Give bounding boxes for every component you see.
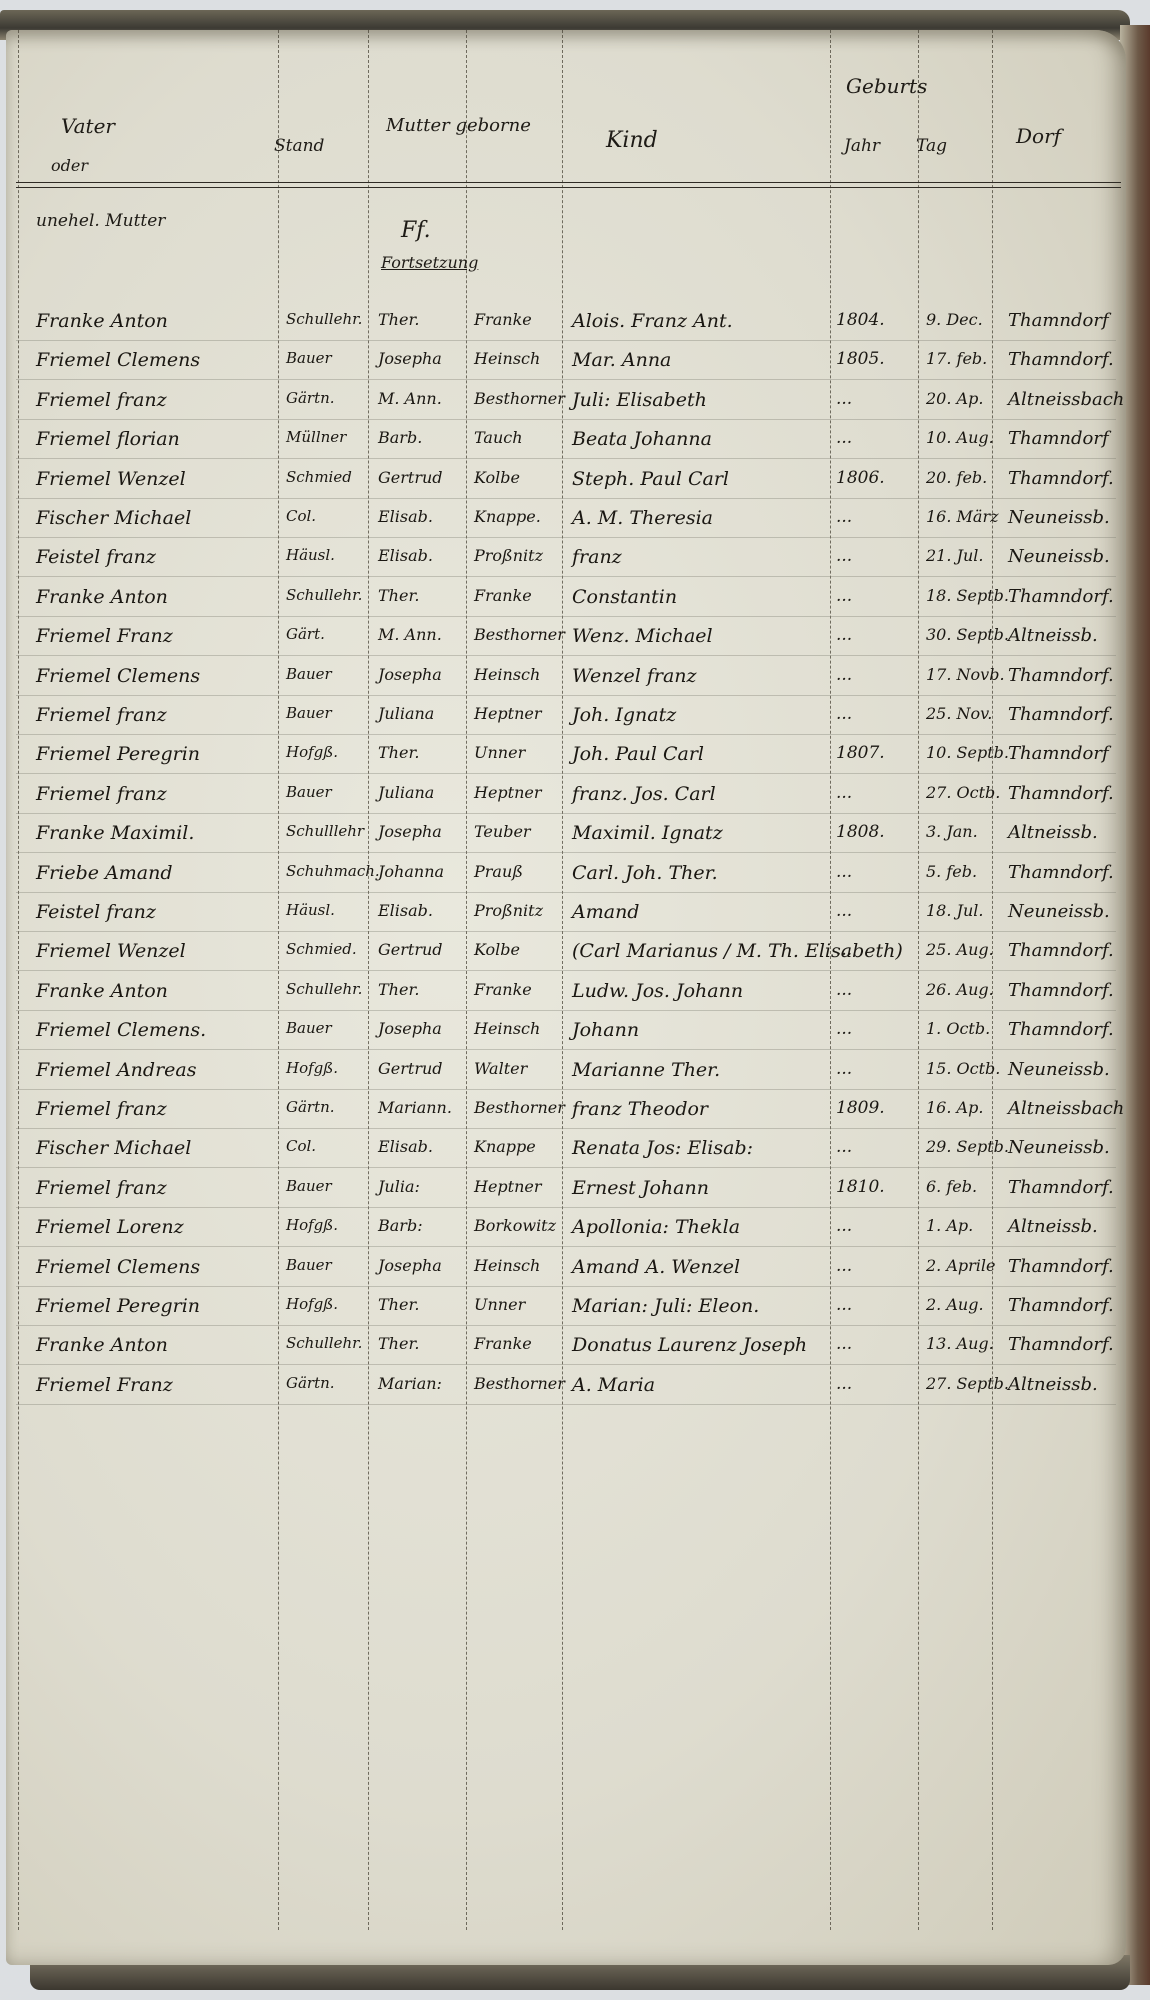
cell-father: Friemel florian [36,428,281,450]
cell-mother-first: Julia: [378,1177,470,1196]
cell-child: franz Theodor [572,1098,834,1120]
table-row: Friemel PeregrinHofgß.Ther.UnnerMarian: … [6,1295,1126,1335]
cell-village: Thamndorf. [1008,940,1123,961]
cell-status: Schullehr. [286,980,374,998]
cell-village: Neuneissb. [1008,546,1123,567]
cell-child: A. M. Theresia [572,507,834,529]
cell-day: 18. Septb. [926,586,1006,605]
cell-mother-first: Elisab. [378,546,470,565]
header-status: Stand [274,135,324,157]
cell-child: Ludw. Jos. Johann [572,980,834,1002]
cell-village: Altneissb. [1008,625,1123,646]
table-row: Friemel FranzGärtn.Marian:BesthornerA. M… [6,1374,1126,1414]
cell-status: Schullehr. [286,1334,374,1352]
cell-father: Friemel Franz [36,1374,281,1396]
cell-day: 21. Jul. [926,546,1006,565]
cell-father: Franke Maximil. [36,822,281,844]
cell-status: Gärtn. [286,1374,374,1392]
cell-mother-first: Juliana [378,704,470,723]
cell-father: Friebe Amand [36,862,281,884]
cell-mother-first: Barb. [378,428,470,447]
cell-mother-first: Marian: [378,1374,470,1393]
cell-mother-first: Josepha [378,1019,470,1038]
cell-year: 1810. [836,1177,906,1197]
cell-child: Donatus Laurenz Joseph [572,1334,834,1356]
cell-village: Altneissbach [1008,1098,1123,1119]
cell-mother-first: Juliana [378,783,470,802]
cell-mother-last: Kolbe [474,940,566,959]
header-father-sub: oder [51,155,88,177]
cell-village: Thamndorf [1008,310,1123,331]
cell-mother-last: Heptner [474,783,566,802]
cell-day: 5. feb. [926,862,1006,881]
cell-father: Franke Anton [36,980,281,1002]
cell-father: Friemel Wenzel [36,468,281,490]
cell-village: Thamndorf. [1008,704,1123,725]
cell-child: A. Maria [572,1374,834,1396]
cell-year: ... [836,862,906,882]
cell-mother-first: Ther. [378,743,470,762]
cell-mother-last: Franke [474,310,566,329]
cell-status: Schullehr. [286,586,374,604]
cell-day: 2. Aprile [926,1256,1006,1275]
cell-year: ... [836,389,906,409]
cell-status: Hofgß. [286,743,374,761]
cell-father: Friemel Andreas [36,1059,281,1081]
cell-day: 2. Aug. [926,1295,1006,1314]
cell-mother-last: Proßnitz [474,901,566,920]
cell-mother-first: Gertrud [378,1059,470,1078]
table-row: Friemel PeregrinHofgß.Ther.UnnerJoh. Pau… [6,743,1126,783]
table-row: Friemel FranzGärt.M. Ann.BesthornerWenz.… [6,625,1126,665]
cell-status: Col. [286,507,374,525]
table-row: Friemel franzBauerJulianaHeptnerJoh. Ign… [6,704,1126,744]
cell-father: Friemel franz [36,704,281,726]
cell-mother-last: Prauß [474,862,566,881]
table-row: Feistel franzHäusl.Elisab.ProßnitzAmand.… [6,901,1126,941]
cell-status: Schmied [286,468,374,486]
cell-day: 25. Nov. [926,704,1006,723]
cell-mother-first: Josepha [378,665,470,684]
table-row: Friemel franzBauerJulia:HeptnerErnest Jo… [6,1177,1126,1217]
cell-child: Beata Johanna [572,428,834,450]
cell-village: Neuneissb. [1008,1137,1123,1158]
cell-father: Friemel franz [36,783,281,805]
cell-child: Ernest Johann [572,1177,834,1199]
header-day: Tag [916,135,947,157]
cell-status: Bauer [286,1256,374,1274]
cell-child: Maximil. Ignatz [572,822,834,844]
cell-year: ... [836,940,906,960]
cell-year: ... [836,546,906,566]
cell-mother-first: Barb: [378,1216,470,1235]
table-row: Franke AntonSchullehr.Ther.FrankeLudw. J… [6,980,1126,1020]
header-village: Dorf [1016,125,1061,147]
cell-village: Thamndorf. [1008,468,1123,489]
cell-status: Gärt. [286,625,374,643]
cell-village: Thamndorf. [1008,349,1123,370]
cell-day: 16. Ap. [926,1098,1006,1117]
cell-child: Alois. Franz Ant. [572,310,834,332]
cell-child: Johann [572,1019,834,1041]
cell-year: ... [836,507,906,527]
cell-mother-first: Johanna [378,862,470,881]
cell-day: 13. Aug. [926,1334,1006,1353]
cell-child: Joh. Paul Carl [572,743,834,765]
cell-mother-first: Elisab. [378,901,470,920]
header-year: Jahr [844,135,880,157]
cell-father: Feistel franz [36,546,281,568]
cell-child: Wenz. Michael [572,625,834,647]
cell-mother-last: Tauch [474,428,566,447]
table-row: Friebe AmandSchuhmach.JohannaPraußCarl. … [6,862,1126,902]
cell-year: ... [836,1334,906,1354]
header-mother: Mutter geborne [386,115,556,137]
cell-status: Bauer [286,1177,374,1195]
cell-mother-last: Heptner [474,704,566,723]
cell-day: 27. Octb. [926,783,1006,802]
cell-father: Fischer Michael [36,507,281,529]
cell-father: Friemel Peregrin [36,1295,281,1317]
cell-day: 6. feb. [926,1177,1006,1196]
cell-year: ... [836,980,906,1000]
cell-mother-last: Knappe [474,1137,566,1156]
table-row: Friemel WenzelSchmiedGertrudKolbeSteph. … [6,468,1126,508]
cell-father: Fischer Michael [36,1137,281,1159]
cell-mother-first: Josepha [378,822,470,841]
cell-child: Renata Jos: Elisab: [572,1137,834,1159]
header-father: Vater [61,115,115,137]
cell-status: Bauer [286,1019,374,1037]
table-row: Friemel franzGärtn.Mariann.Besthornerfra… [6,1098,1126,1138]
table-row: Friemel WenzelSchmied.GertrudKolbe(Carl … [6,940,1126,980]
cell-village: Altneissb. [1008,1216,1123,1237]
cell-village: Neuneissb. [1008,507,1123,528]
cell-child: franz. Jos. Carl [572,783,834,805]
header-birth: Geburts [846,75,927,97]
header-rule [16,182,1121,188]
cell-father: Friemel Wenzel [36,940,281,962]
cell-day: 15. Octb. [926,1059,1006,1078]
header-mother-sub2: Fortsetzung [381,252,478,274]
cell-mother-first: M. Ann. [378,625,470,644]
cell-child: Juli: Elisabeth [572,389,834,411]
cell-year: ... [836,1019,906,1039]
cell-mother-first: Gertrud [378,940,470,959]
cell-father: Franke Anton [36,586,281,608]
table-row: Friemel AndreasHofgß.GertrudWalterMarian… [6,1059,1126,1099]
cell-status: Hofgß. [286,1216,374,1234]
cell-day: 25. Aug. [926,940,1006,959]
cell-mother-last: Teuber [474,822,566,841]
cell-mother-first: Elisab. [378,507,470,526]
cell-mother-first: Ther. [378,1334,470,1353]
table-row: Friemel franzGärtn.M. Ann.BesthornerJuli… [6,389,1126,429]
cell-mother-last: Heinsch [474,665,566,684]
cell-village: Thamndorf. [1008,586,1123,607]
table-row: Friemel franzBauerJulianaHeptnerfranz. J… [6,783,1126,823]
cell-child: Joh. Ignatz [572,704,834,726]
cell-father: Friemel Lorenz [36,1216,281,1238]
cell-mother-last: Unner [474,743,566,762]
cell-mother-last: Heinsch [474,1019,566,1038]
cell-status: Schmied. [286,940,374,958]
cell-mother-last: Besthorner [474,625,566,644]
table-row: Friemel LorenzHofgß.Barb:BorkowitzApollo… [6,1216,1126,1256]
cell-year: ... [836,704,906,724]
cell-status: Bauer [286,704,374,722]
cell-father: Friemel franz [36,1177,281,1199]
cell-day: 17. Novb. [926,665,1006,684]
cell-status: Häusl. [286,901,374,919]
cell-village: Thamndorf. [1008,1019,1123,1040]
cell-child: Amand [572,901,834,923]
cell-status: Schullehr. [286,310,374,328]
cell-mother-last: Walter [474,1059,566,1078]
cell-child: Apollonia: Thekla [572,1216,834,1238]
cell-mother-first: Mariann. [378,1098,470,1117]
cell-mother-last: Borkowitz [474,1216,566,1235]
cell-year: ... [836,1216,906,1236]
cell-child: (Carl Marianus / M. Th. Elisabeth) [572,940,834,962]
cell-status: Müllner [286,428,374,446]
cell-day: 9. Dec. [926,310,1006,329]
cell-mother-first: Gertrud [378,468,470,487]
cell-day: 10. Aug. [926,428,1006,447]
cell-child: Mar. Anna [572,349,834,371]
cell-village: Thamndorf. [1008,862,1123,883]
header-father-sub2: unehel. Mutter [36,210,165,232]
cell-year: 1808. [836,822,906,842]
cell-village: Altneissbach [1008,389,1123,410]
cell-day: 29. Septb. [926,1137,1006,1156]
table-row: Friemel florianMüllnerBarb.TauchBeata Jo… [6,428,1126,468]
cell-status: Gärtn. [286,389,374,407]
cell-day: 1. Octb. [926,1019,1006,1038]
cell-year: 1804. [836,310,906,330]
cell-status: Bauer [286,349,374,367]
cell-mother-first: M. Ann. [378,389,470,408]
cell-mother-last: Besthorner [474,389,566,408]
cell-father: Friemel Clemens. [36,1019,281,1041]
cell-village: Altneissb. [1008,822,1123,843]
cell-village: Thamndorf. [1008,665,1123,686]
cell-father: Franke Anton [36,310,281,332]
cell-day: 30. Septb. [926,625,1006,644]
cell-village: Altneissb. [1008,1374,1123,1395]
cell-status: Col. [286,1137,374,1155]
cell-year: ... [836,428,906,448]
table-row: Friemel ClemensBauerJosephaHeinschWenzel… [6,665,1126,705]
table-row: Feistel franzHäusl.Elisab.Proßnitzfranz.… [6,546,1126,586]
table-row: Fischer MichaelCol.Elisab.KnappeRenata J… [6,1137,1126,1177]
cell-village: Thamndorf [1008,428,1123,449]
cell-father: Friemel Clemens [36,1256,281,1278]
header-child: Kind [606,130,658,152]
cell-mother-last: Heinsch [474,1256,566,1275]
cell-village: Thamndorf. [1008,1177,1123,1198]
cell-mother-last: Kolbe [474,468,566,487]
register-page: Vater oder unehel. Mutter Stand Mutter g… [6,30,1126,1965]
cell-day: 1. Ap. [926,1216,1006,1235]
cell-year: ... [836,665,906,685]
cell-mother-first: Ther. [378,980,470,999]
cell-day: 10. Septb. [926,743,1006,762]
cell-mother-last: Besthorner [474,1374,566,1393]
cell-child: Carl. Joh. Ther. [572,862,834,884]
cell-child: franz [572,546,834,568]
cell-day: 18. Jul. [926,901,1006,920]
cell-day: 20. feb. [926,468,1006,487]
cell-mother-first: Ther. [378,310,470,329]
cell-child: Amand A. Wenzel [572,1256,834,1278]
cell-mother-first: Ther. [378,586,470,605]
cell-mother-first: Josepha [378,349,470,368]
cell-year: 1806. [836,468,906,488]
cell-father: Friemel franz [36,389,281,411]
table-row: Franke AntonSchullehr.Ther.FrankeAlois. … [6,310,1126,350]
cell-village: Thamndorf. [1008,1295,1123,1316]
cell-year: ... [836,783,906,803]
cell-year: ... [836,1137,906,1157]
cell-status: Schuhmach. [286,862,374,880]
cell-status: Hofgß. [286,1295,374,1313]
cell-village: Thamndorf. [1008,783,1123,804]
cell-day: 3. Jan. [926,822,1006,841]
cell-child: Steph. Paul Carl [572,468,834,490]
cell-village: Neuneissb. [1008,901,1123,922]
cell-village: Thamndorf [1008,743,1123,764]
cell-status: Gärtn. [286,1098,374,1116]
cell-day: 16. März [926,507,1006,526]
cell-father: Friemel Peregrin [36,743,281,765]
cell-mother-last: Heinsch [474,349,566,368]
cell-year: ... [836,1374,906,1394]
cell-mother-last: Proßnitz [474,546,566,565]
cell-father: Friemel Franz [36,625,281,647]
cell-father: Friemel Clemens [36,349,281,371]
cell-village: Thamndorf. [1008,980,1123,1001]
cell-year: 1809. [836,1098,906,1118]
cell-year: 1805. [836,349,906,369]
cell-mother-last: Franke [474,586,566,605]
table-row: Franke AntonSchullehr.Ther.FrankeDonatus… [6,1334,1126,1374]
cell-year: ... [836,1059,906,1079]
table-row: Friemel ClemensBauerJosephaHeinschMar. A… [6,349,1126,389]
cell-mother-last: Unner [474,1295,566,1314]
cell-mother-first: Ther. [378,1295,470,1314]
cell-year: ... [836,1256,906,1276]
cell-status: Schulllehr [286,822,374,840]
cell-year: ... [836,625,906,645]
cell-day: 26. Aug. [926,980,1006,999]
cell-mother-last: Besthorner [474,1098,566,1117]
cell-village: Thamndorf. [1008,1334,1123,1355]
cell-village: Thamndorf. [1008,1256,1123,1277]
cell-child: Marian: Juli: Eleon. [572,1295,834,1317]
cell-status: Häusl. [286,546,374,564]
cell-father: Franke Anton [36,1334,281,1356]
cell-father: Friemel franz [36,1098,281,1120]
cell-day: 17. feb. [926,349,1006,368]
cell-child: Wenzel franz [572,665,834,687]
cell-status: Bauer [286,783,374,801]
cell-status: Hofgß. [286,1059,374,1077]
cell-child: Marianne Ther. [572,1059,834,1081]
table-row: Franke AntonSchullehr.Ther.FrankeConstan… [6,586,1126,626]
cell-year: ... [836,1295,906,1315]
table-row: Friemel Clemens.BauerJosephaHeinschJohan… [6,1019,1126,1059]
table-row: Fischer MichaelCol.Elisab.Knappe.A. M. T… [6,507,1126,547]
cell-year: 1807. [836,743,906,763]
cell-mother-last: Franke [474,1334,566,1353]
header-mother-sub: Ff. [401,220,431,242]
cell-day: 20. Ap. [926,389,1006,408]
cell-year: ... [836,901,906,921]
cell-mother-last: Heptner [474,1177,566,1196]
cell-mother-first: Elisab. [378,1137,470,1156]
cell-status: Bauer [286,665,374,683]
cell-day: 27. Septb. [926,1374,1006,1393]
cell-year: ... [836,586,906,606]
cell-village: Neuneissb. [1008,1059,1123,1080]
table-row: Franke Maximil.SchulllehrJosephaTeuberMa… [6,822,1126,862]
cell-mother-last: Knappe. [474,507,566,526]
cell-child: Constantin [572,586,834,608]
table-row: Friemel ClemensBauerJosephaHeinschAmand … [6,1256,1126,1296]
cell-mother-first: Josepha [378,1256,470,1275]
cell-mother-last: Franke [474,980,566,999]
cell-father: Feistel franz [36,901,281,923]
cell-father: Friemel Clemens [36,665,281,687]
